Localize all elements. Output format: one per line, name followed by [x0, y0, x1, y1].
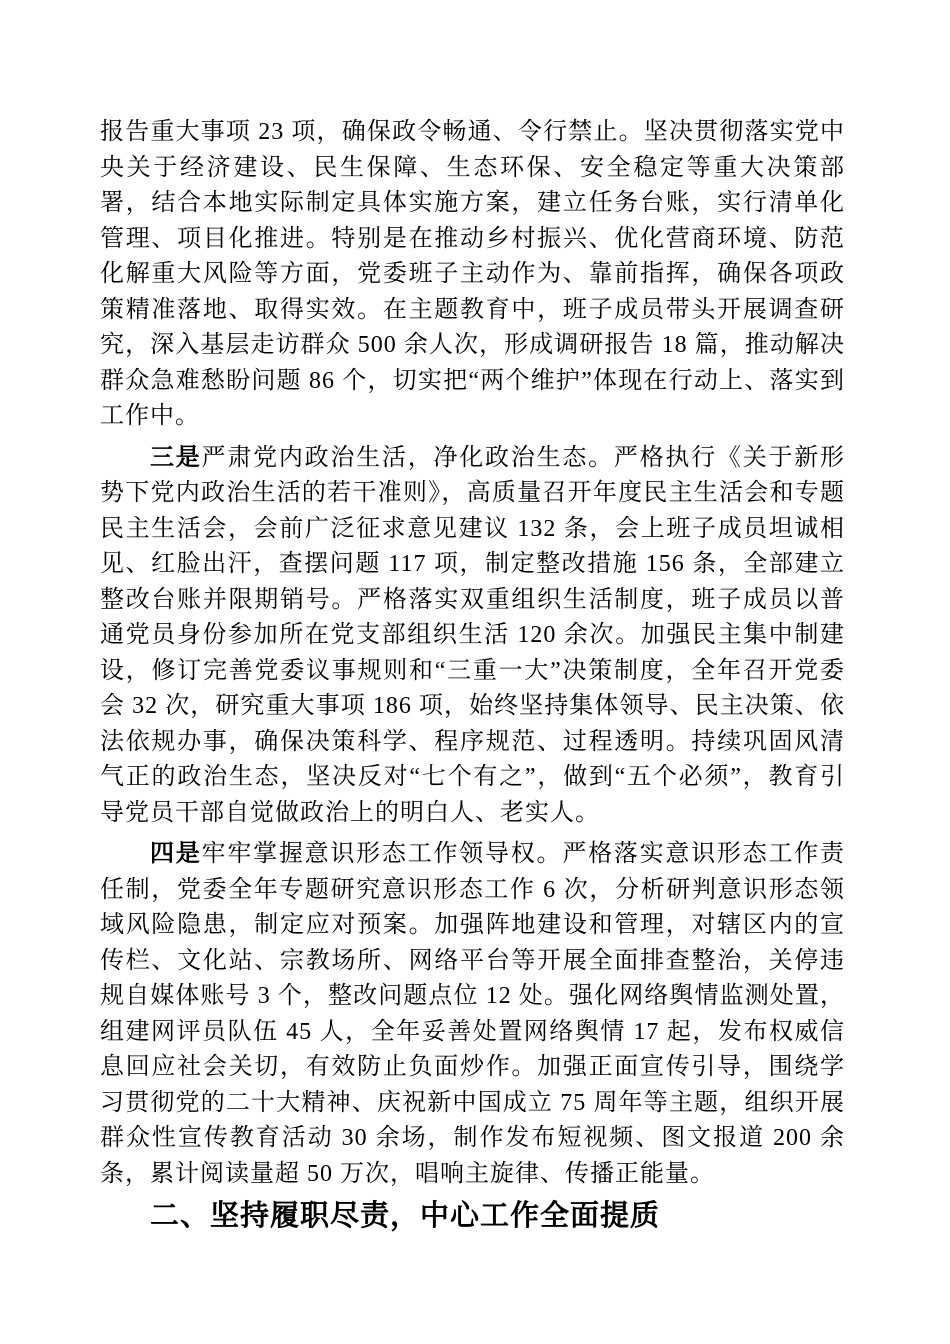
section-heading: 二、坚持履职尽责，中心工作全面提质 — [100, 1198, 845, 1234]
paragraph-text: 严肃党内政治生活，净化政治生态。严格执行《关于新形势下党内政治生活的若干准则》，… — [100, 445, 845, 826]
paragraph-lead: 三是 — [150, 445, 202, 471]
paragraph-lead: 四是 — [150, 841, 202, 867]
paragraph-text: 牢牢掌握意识形态工作领导权。严格落实意识形态工作责任制，党委全年专题研究意识形态… — [100, 841, 845, 1187]
document-page: 报告重大事项 23 项，确保政令畅通、令行禁止。坚决贯彻落实党中央关于经济建设、… — [0, 0, 950, 1344]
body-paragraph-fourth-point: 四是牢牢掌握意识形态工作领导权。严格落实意识形态工作责任制，党委全年专题研究意识… — [100, 837, 845, 1192]
paragraph-text: 报告重大事项 23 项，确保政令畅通、令行禁止。坚决贯彻落实党中央关于经济建设、… — [100, 119, 845, 429]
body-paragraph-continuation: 报告重大事项 23 项，确保政令畅通、令行禁止。坚决贯彻落实党中央关于经济建设、… — [100, 115, 845, 435]
body-paragraph-third-point: 三是严肃党内政治生活，净化政治生态。严格执行《关于新形势下党内政治生活的若干准则… — [100, 441, 845, 832]
